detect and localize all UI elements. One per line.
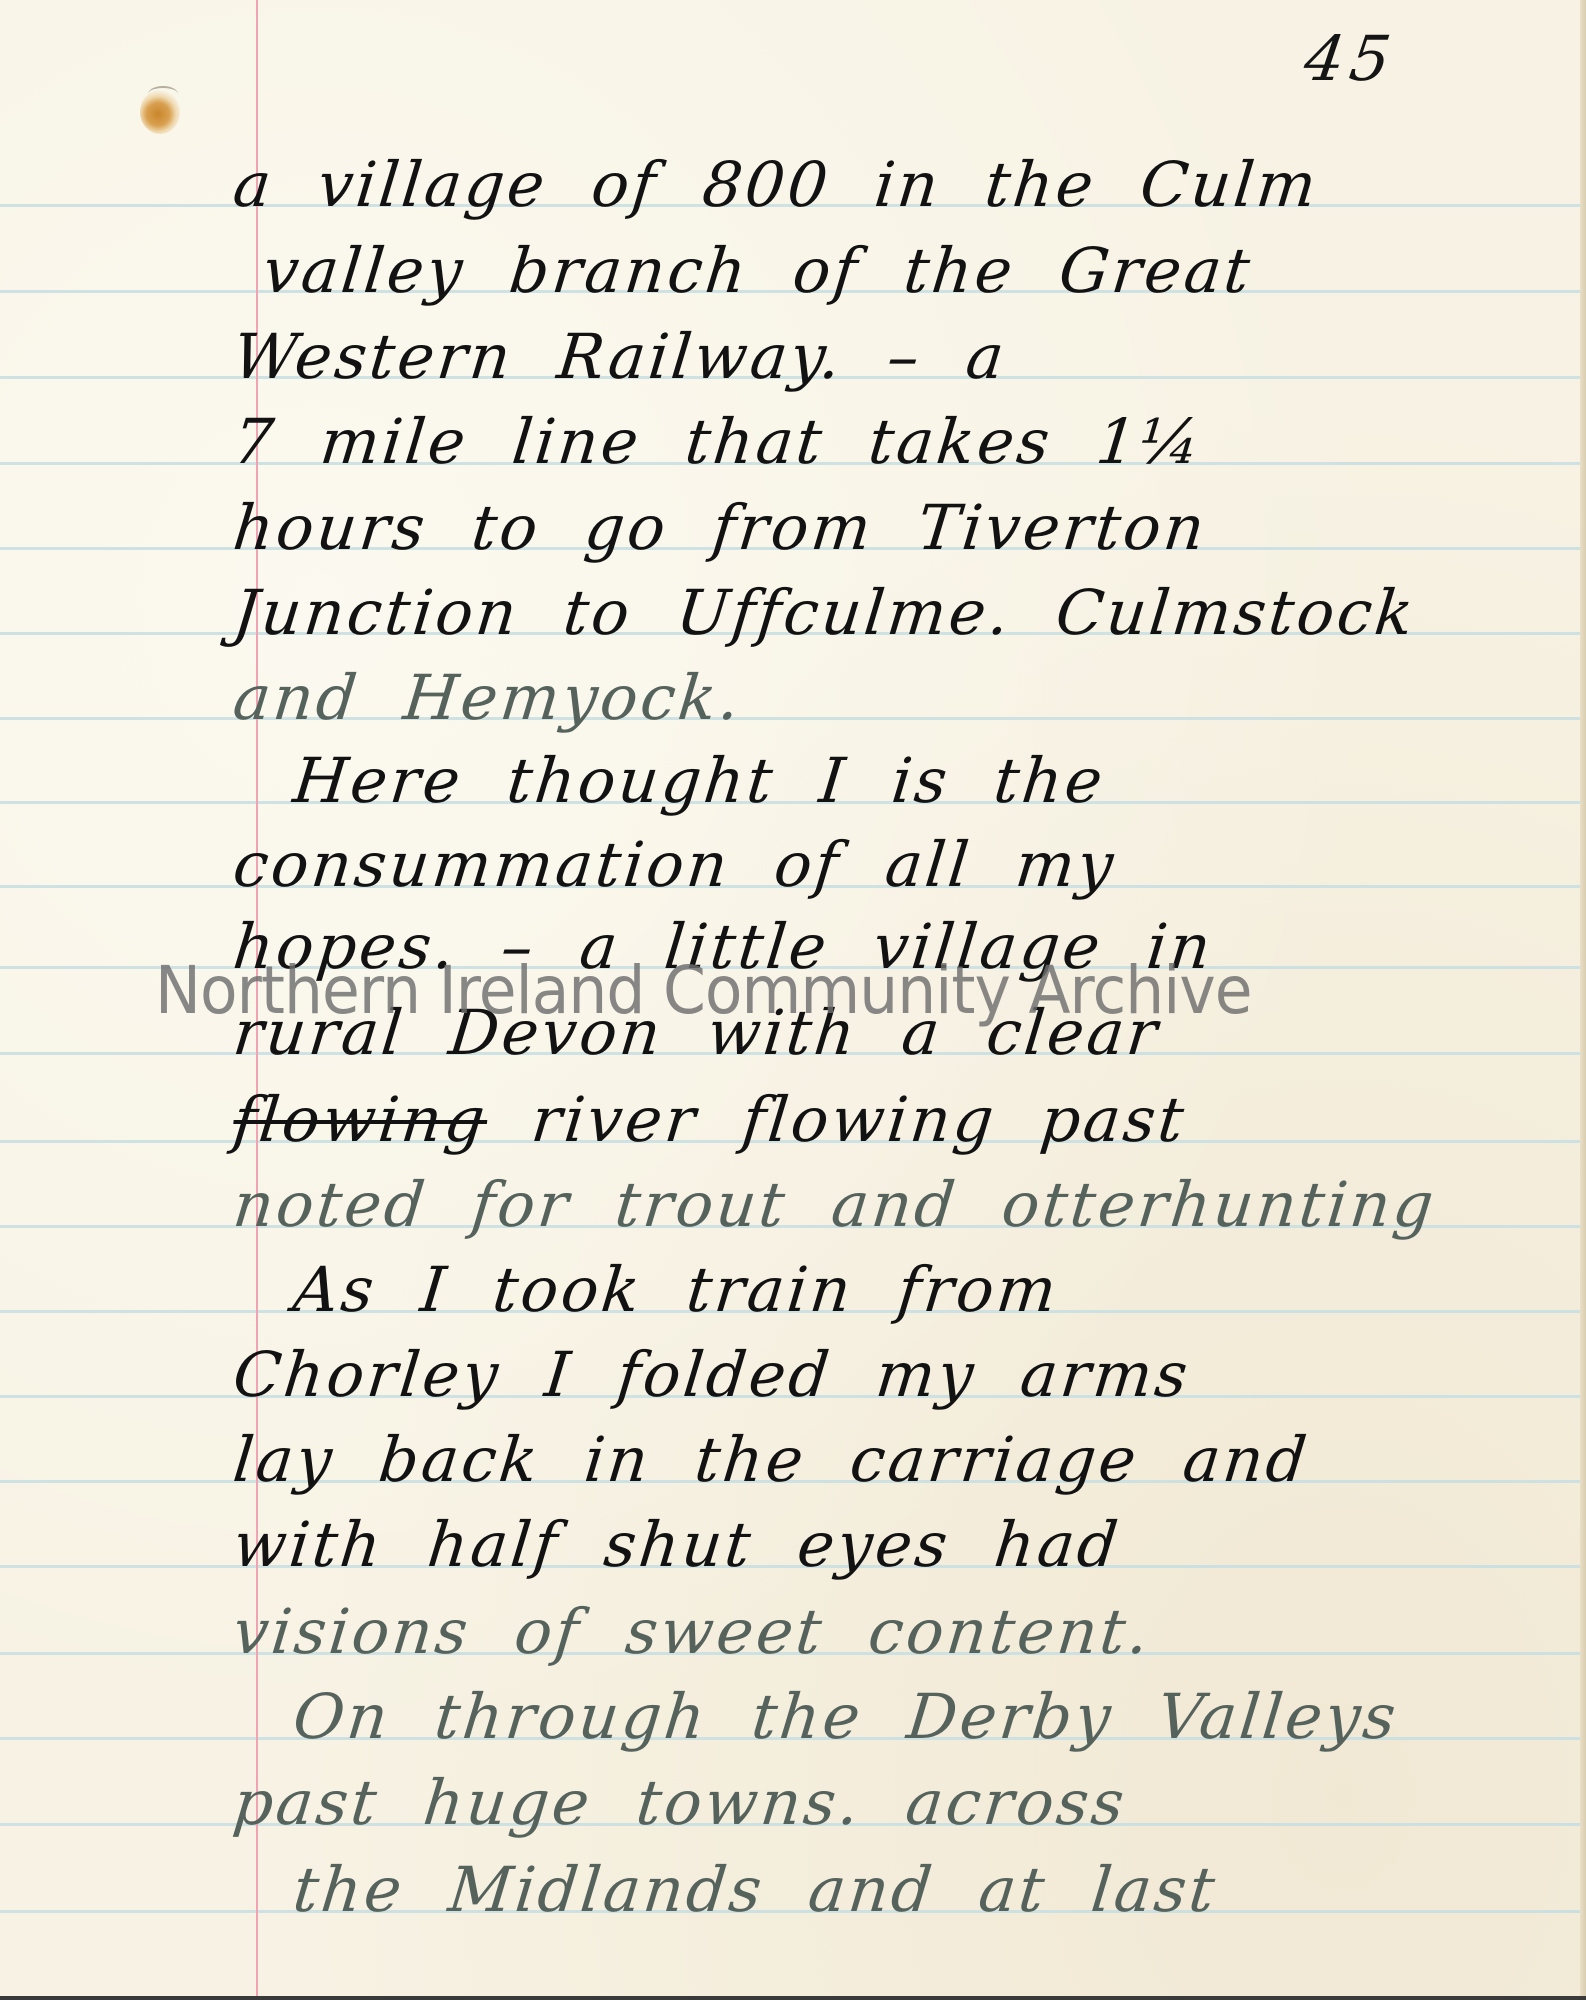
- punch-hole-mark: [140, 90, 180, 134]
- handwritten-line-with-strikethrough: flowing river flowing past: [230, 1085, 1577, 1155]
- handwritten-line: Chorley I folded my arms: [230, 1340, 1577, 1410]
- handwritten-line: a village of 800 in the Culm: [230, 150, 1577, 220]
- handwritten-line: consummation of all my: [230, 830, 1577, 900]
- struck-word: flowing: [230, 1083, 491, 1156]
- page-edge: [1580, 0, 1586, 2000]
- handwritten-line: and Hemyock.: [230, 663, 1577, 733]
- page-number: 45: [1300, 22, 1401, 95]
- handwritten-line: Junction to Uffculme. Culmstock: [230, 578, 1577, 648]
- handwritten-line: the Midlands and at last: [290, 1855, 1580, 1925]
- page-edge: [0, 1996, 1586, 2000]
- handwritten-line: lay back in the carriage and: [230, 1425, 1577, 1495]
- notebook-page: 45 a village of 800 in the Culm valley b…: [0, 0, 1580, 1996]
- handwritten-line: Western Railway. – a: [230, 322, 1577, 392]
- handwritten-line: with half shut eyes had: [230, 1510, 1577, 1580]
- handwritten-line: noted for trout and otterhunting: [230, 1170, 1577, 1240]
- archive-watermark: Northern Ireland Community Archive: [155, 953, 1252, 1029]
- handwritten-line: 7 mile line that takes 1¼: [230, 407, 1577, 477]
- handwritten-line: past huge towns. across: [230, 1768, 1577, 1838]
- handwritten-line: Here thought I is the: [290, 746, 1580, 816]
- handwritten-line: valley branch of the Great: [260, 236, 1580, 306]
- line-text: river flowing past: [484, 1083, 1191, 1156]
- handwritten-line: On through the Derby Valleys: [290, 1682, 1580, 1752]
- handwritten-line: visions of sweet content.: [230, 1597, 1577, 1667]
- handwritten-line: hours to go from Tiverton: [230, 493, 1577, 563]
- handwritten-line: As I took train from: [290, 1255, 1580, 1325]
